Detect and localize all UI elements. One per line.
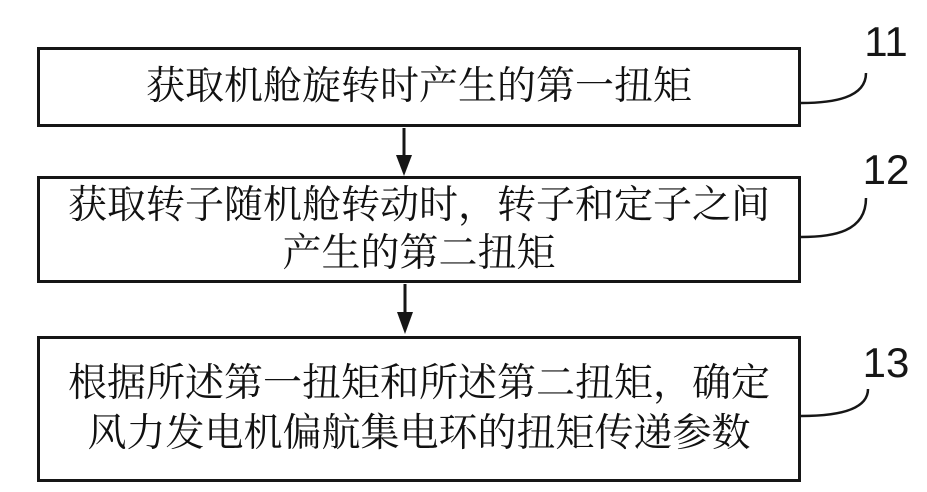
- patent-flowchart: 获取机舱旋转时产生的第一扭矩 获取转子随机舱转动时，转子和定子之间 产生的第二扭…: [0, 0, 927, 492]
- step-3-text-line-1: 根据所述第一扭矩和所述第二扭矩，确定: [68, 359, 770, 409]
- step-3-text-line-2: 风力发电机偏航集电环的扭矩传递参数: [87, 409, 750, 459]
- arrow-step1-step2-head: [396, 155, 412, 176]
- arrow-step2-step3-head: [397, 312, 413, 334]
- step-1-text: 获取机舱旋转时产生的第一扭矩: [146, 63, 692, 111]
- ref-label-11: 11: [854, 18, 918, 66]
- ref-label-12: 12: [854, 146, 918, 194]
- flow-step-box-3: 根据所述第一扭矩和所述第二扭矩，确定 风力发电机偏航集电环的扭矩传递参数: [37, 336, 801, 482]
- step-2-text-line-1: 获取转子随机舱转动时，转子和定子之间: [68, 182, 770, 230]
- step-2-text-line-2: 产生的第二扭矩: [282, 230, 555, 278]
- leader-line-12: [801, 198, 866, 237]
- leader-line-13: [801, 389, 868, 416]
- leader-line-11: [801, 73, 866, 103]
- ref-label-13: 13: [854, 339, 918, 387]
- flow-step-box-2: 获取转子随机舱转动时，转子和定子之间 产生的第二扭矩: [37, 176, 801, 283]
- flow-step-box-1: 获取机舱旋转时产生的第一扭矩: [37, 47, 801, 127]
